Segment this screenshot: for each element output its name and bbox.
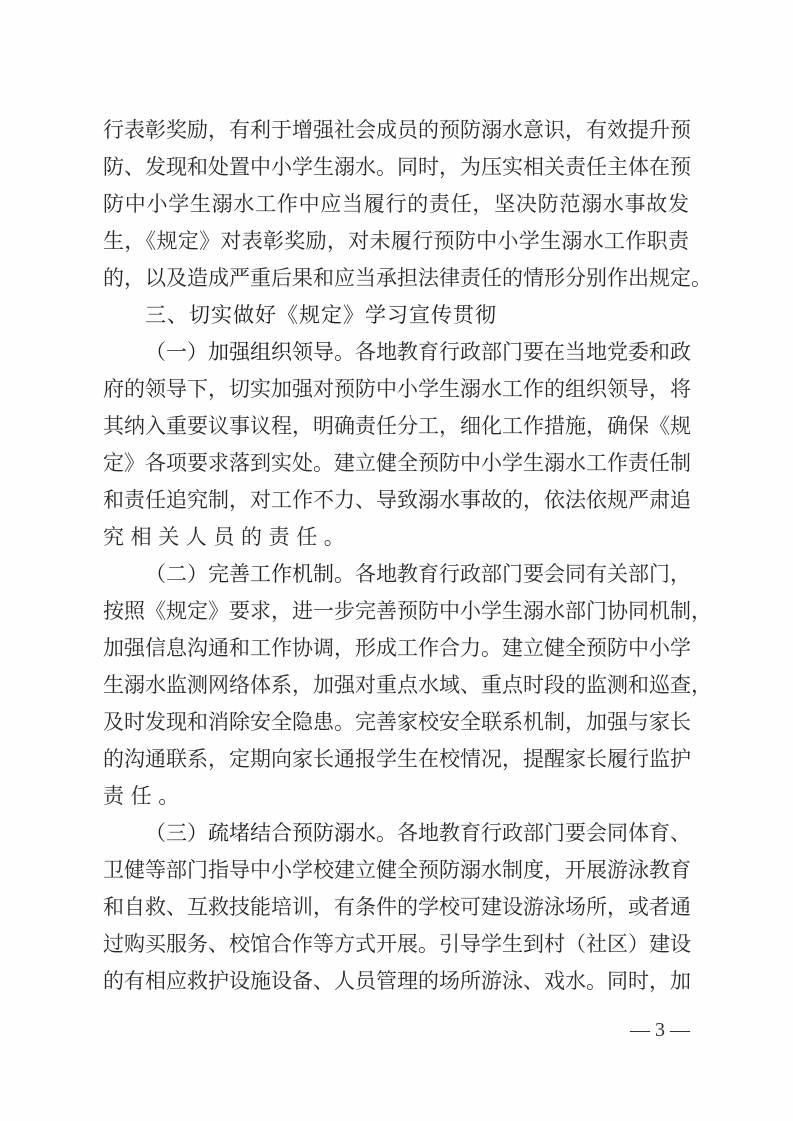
text-run: 各地教育行政部门要在当地党委和政 <box>355 340 691 364</box>
text-line: 定》各项要求落到实处。建立健全预防中小学生溺水工作责任制 <box>103 445 689 482</box>
text-line: 行表彰奖励，有利于增强社会成员的预防溺水意识，有效提升预 <box>103 112 689 149</box>
text-line: 府的领导下，切实加强对预防中小学生溺水工作的组织领导，将 <box>103 371 689 408</box>
text-line: 究相关人员的责任。 <box>103 519 689 556</box>
document-page: 行表彰奖励，有利于增强社会成员的预防溺水意识，有效提升预 防、发现和处置中小学生… <box>0 0 793 1121</box>
text-line: 及时发现和消除安全隐患。完善家校安全联系机制，加强与家长 <box>103 704 689 741</box>
subheading: （一）加强组织领导。 <box>145 340 355 364</box>
text-line: 过购买服务、校馆合作等方式开展。引导学生到村（社区）建设 <box>103 926 689 963</box>
paragraph-first-line: （二）完善工作机制。各地教育行政部门要会同有关部门， <box>103 556 689 593</box>
document-body: 行表彰奖励，有利于增强社会成员的预防溺水意识，有效提升预 防、发现和处置中小学生… <box>103 112 689 1000</box>
text-line: 的有相应救护设施设备、人员管理的场所游泳、戏水。同时，加 <box>103 963 689 1000</box>
section-heading: 三、切实做好《规定》学习宣传贯彻 <box>103 297 689 334</box>
text-line: 按照《规定》要求，进一步完善预防中小学生溺水部门协同机制， <box>103 593 689 630</box>
text-line: 防中小学生溺水工作中应当履行的责任，坚决防范溺水事故发 <box>103 186 689 223</box>
text-line: 防、发现和处置中小学生溺水。同时，为压实相关责任主体在预 <box>103 149 689 186</box>
text-line: 卫健等部门指导中小学校建立健全预防溺水制度，开展游泳教育 <box>103 852 689 889</box>
paragraph-first-line: （一）加强组织领导。各地教育行政部门要在当地党委和政 <box>103 334 689 371</box>
subheading: （三）疏堵结合预防溺水。 <box>145 821 397 845</box>
text-line: 的沟通联系，定期向家长通报学生在校情况，提醒家长履行监护 <box>103 741 689 778</box>
text-line: 和自救、互救技能培训，有条件的学校可建设游泳场所，或者通 <box>103 889 689 926</box>
text-line: 生，《规定》对表彰奖励，对未履行预防中小学生溺水工作职责 <box>103 223 689 260</box>
subheading: （二）完善工作机制。 <box>145 562 355 586</box>
text-line: 和责任追究制，对工作不力、导致溺水事故的，依法依规严肃追 <box>103 482 689 519</box>
text-line: 生溺水监测网络体系，加强对重点水域、重点时段的监测和巡查， <box>103 667 689 704</box>
text-line: 责任。 <box>103 778 689 815</box>
text-run: 各地教育行政部门要会同有关部门， <box>355 562 691 586</box>
text-line: 其纳入重要议事议程，明确责任分工，细化工作措施，确保《规 <box>103 408 689 445</box>
text-run: 各地教育行政部门要会同体育、 <box>397 821 691 845</box>
text-line: 加强信息沟通和工作协调，形成工作合力。建立健全预防中小学 <box>103 630 689 667</box>
page-number: — 3 — <box>620 1016 690 1044</box>
text-line: 的，以及造成严重后果和应当承担法律责任的情形分别作出规定。 <box>103 260 689 297</box>
paragraph-first-line: （三）疏堵结合预防溺水。各地教育行政部门要会同体育、 <box>103 815 689 852</box>
